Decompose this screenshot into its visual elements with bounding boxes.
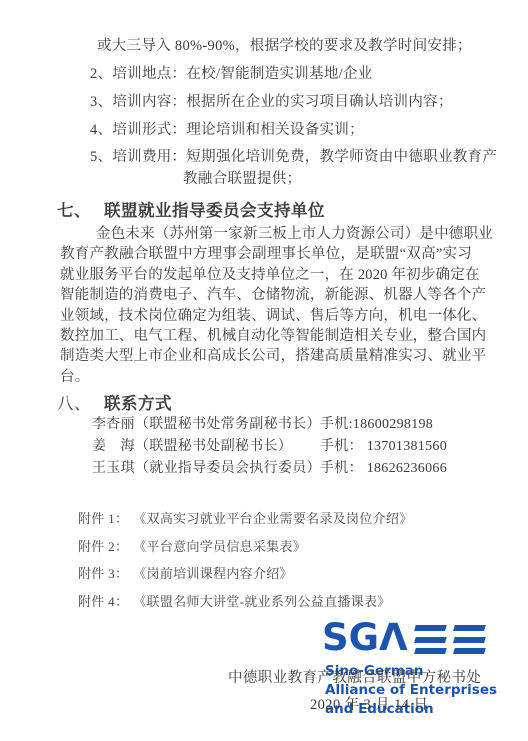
training-item-content: 3、培训内容：根据所在企业的实习项目确认培训内容； <box>90 95 453 110</box>
intro-continuation-line: 或大三导入 80%-90%，根据学校的要求及教学时间安排； <box>97 39 472 54</box>
contact-phone: 手机： 13701381560 <box>320 436 447 458</box>
training-item-fee: 5、培训费用：短期强化培训免费，教学师资由中德职业教育产 <box>90 150 497 165</box>
section-eight-heading: 八、联系方式 <box>57 390 172 414</box>
section-eight-number: 八、 <box>57 390 91 414</box>
section-seven-heading: 七、联盟就业指导委员会支持单位 <box>57 197 325 221</box>
attachment-title: 《平台意向学员信息采集表》 <box>133 539 306 554</box>
training-item-location: 2、培训地点：在校/智能制造实训基地/企业 <box>90 67 373 82</box>
attachment-row: 附件 1：《双高实习就业平台企业需要名录及岗位介绍》 <box>78 505 413 533</box>
attachment-title: 《联盟名师大讲堂-就业系列公益直播课表》 <box>133 594 390 609</box>
contact-person: 李杏丽（联盟秘书处常务副秘书长） <box>92 414 320 436</box>
paragraph-line: 业领域，技术岗位确定为组装、调试、售后等方向，机电一体化、 <box>60 306 472 326</box>
paragraph-line: 数控加工、电气工程、机械自动化等智能制造相关专业，整合国内 <box>60 326 472 346</box>
document-page: 或大三导入 80%-90%，根据学校的要求及教学时间安排； 2、培训地点：在校/… <box>0 0 528 741</box>
bar-group-icon <box>415 625 446 654</box>
attachment-row: 附件 4：《联盟名师大讲堂-就业系列公益直播课表》 <box>78 588 413 616</box>
attachment-label: 附件 3： <box>78 560 128 588</box>
sga-wordmark: SGΛ <box>322 619 485 656</box>
sga-logo: SGΛ <box>322 619 485 656</box>
attachment-row: 附件 2：《平台意向学员信息采集表》 <box>78 533 413 561</box>
section-seven-number: 七、 <box>57 197 91 221</box>
footer-organization: 中德职业教育产教融合联盟中方秘书处 <box>228 666 481 687</box>
section-seven-title: 联盟就业指导委员会支持单位 <box>104 201 325 220</box>
attachment-title: 《双高实习就业平台企业需要名录及岗位介绍》 <box>133 511 412 526</box>
contact-row: 李杏丽（联盟秘书处常务副秘书长） 手机:18600298198 <box>92 414 447 436</box>
contact-person: 姜 海（联盟秘书处副秘书长） <box>92 436 320 458</box>
contact-phone: 手机:18600298198 <box>320 414 433 436</box>
attachment-list: 附件 1：《双高实习就业平台企业需要名录及岗位介绍》 附件 2：《平台意向学员信… <box>78 505 413 615</box>
paragraph-line: 制造类大型上市企业和高成长公司，搭建高质量精准实习、就业平 <box>60 346 472 366</box>
contact-list: 李杏丽（联盟秘书处常务副秘书长） 手机:18600298198 姜 海（联盟秘书… <box>92 414 447 479</box>
attachment-row: 附件 3：《岗前培训课程内容介绍》 <box>78 560 413 588</box>
sga-wordmark-text: SGΛ <box>322 619 408 656</box>
paragraph-line: 智能制造的消费电子、汽车、仓储物流，新能源、机器人等各个产 <box>60 285 472 305</box>
training-item-format: 4、培训形式：理论培训和相关设备实训； <box>90 123 364 138</box>
paragraph-line: 就业服务平台的发起单位及支持单位之一，在 2020 年初步确定在 <box>60 265 472 285</box>
contact-row: 王玉琪（就业指导委员会执行委员） 手机： 18626236066 <box>92 458 447 480</box>
section-eight-title: 联系方式 <box>104 394 172 413</box>
paragraph-line: 金色未来（苏州第一家新三板上市人力资源公司）是中德职业 <box>60 224 472 244</box>
paragraph-line: 教育产教融合联盟中方理事会副理事长单位，是联盟“双高”实习 <box>60 244 472 264</box>
contact-row: 姜 海（联盟秘书处副秘书长） 手机： 13701381560 <box>92 436 447 458</box>
training-item-fee-continuation: 教融合联盟提供； <box>183 172 301 187</box>
section-seven-paragraph: 金色未来（苏州第一家新三板上市人力资源公司）是中德职业 教育产教融合联盟中方理事… <box>60 224 472 387</box>
contact-person: 王玉琪（就业指导委员会执行委员） <box>92 458 320 480</box>
footer-date: 2020 年 3 月 14 日 <box>310 693 428 714</box>
attachment-label: 附件 1： <box>78 505 128 533</box>
attachment-label: 附件 4： <box>78 588 128 616</box>
contact-phone: 手机： 18626236066 <box>320 458 447 480</box>
paragraph-line: 台。 <box>60 367 472 387</box>
attachment-title: 《岗前培训课程内容介绍》 <box>133 566 293 581</box>
bar-group-icon <box>454 625 485 654</box>
attachment-label: 附件 2： <box>78 533 128 561</box>
triple-bars-icon <box>415 625 485 654</box>
